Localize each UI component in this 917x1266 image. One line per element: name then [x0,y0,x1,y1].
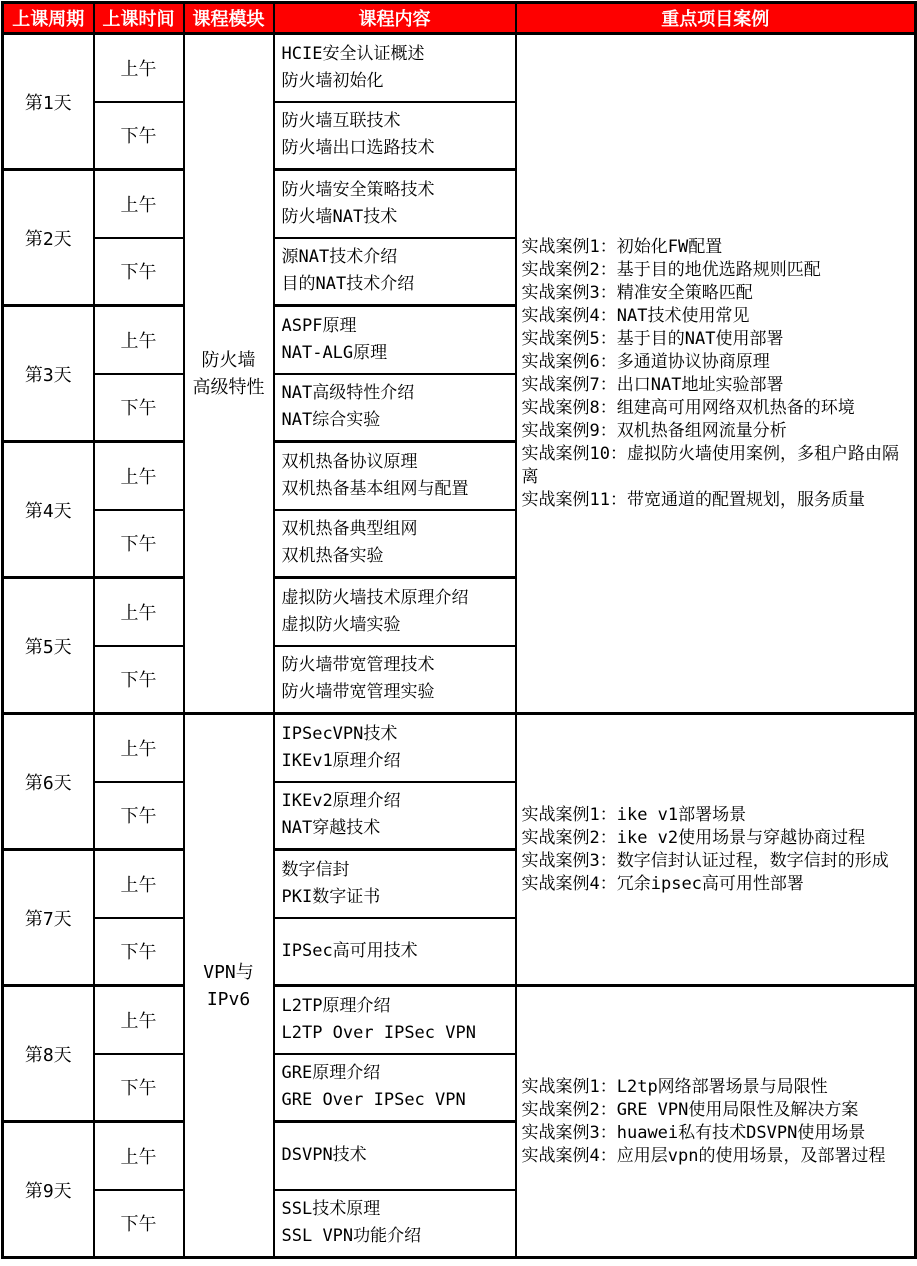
case-item: 实战案例2：基于目的地优选路规则匹配 [522,259,913,282]
case-item: 实战案例6：多通道协议协商原理 [522,351,913,374]
time-cell: 下午 [94,374,184,442]
case-list: 实战案例1：L2tp网络部署场景与局限性 实战案例2：GRE VPN使用局限性及… [522,1076,913,1168]
content-cell: 防火墙带宽管理技术 防火墙带宽管理实验 [274,646,516,714]
time-cell: 上午 [94,442,184,510]
content-cell: IPSecVPN技术 IKEv1原理介绍 [274,714,516,782]
content-cell: 防火墙互联技术 防火墙出口选路技术 [274,102,516,170]
time-cell: 下午 [94,510,184,578]
content-cell: 防火墙安全策略技术 防火墙NAT技术 [274,170,516,238]
cases-cell-group-3: 实战案例1：L2tp网络部署场景与局限性 实战案例2：GRE VPN使用局限性及… [516,986,916,1258]
day-label-8: 第8天 [3,986,94,1122]
table-row: 第1天 上午 防火墙 高级特性 HCIE安全认证概述 防火墙初始化 实战案例1：… [3,34,916,102]
case-item: 实战案例4：NAT技术使用常见 [522,305,913,328]
day-label-7: 第7天 [3,850,94,986]
time-cell: 上午 [94,986,184,1054]
header-cell-content: 课程内容 [274,3,516,34]
case-list: 实战案例1：初始化FW配置 实战案例2：基于目的地优选路规则匹配 实战案例3：精… [522,236,913,512]
module-cell-vpn-ipv6: VPN与 IPv6 [184,714,274,1258]
header-cell-cases: 重点项目案例 [516,3,916,34]
time-cell: 上午 [94,34,184,102]
case-item: 实战案例1：ike v1部署场景 [522,804,913,827]
time-cell: 下午 [94,918,184,986]
content-cell: 双机热备典型组网 双机热备实验 [274,510,516,578]
time-cell: 下午 [94,646,184,714]
content-cell: DSVPN技术 [274,1122,516,1190]
content-cell: ASPF原理 NAT-ALG原理 [274,306,516,374]
time-cell: 下午 [94,238,184,306]
time-cell: 上午 [94,1122,184,1190]
day-label-4: 第4天 [3,442,94,578]
module-cell-firewall: 防火墙 高级特性 [184,34,274,714]
content-cell: NAT高级特性介绍 NAT综合实验 [274,374,516,442]
case-item: 实战案例9：双机热备组网流量分析 [522,420,913,443]
header-cell-time: 上课时间 [94,3,184,34]
day-label-5: 第5天 [3,578,94,714]
content-cell: 双机热备协议原理 双机热备基本组网与配置 [274,442,516,510]
content-cell: 源NAT技术介绍 目的NAT技术介绍 [274,238,516,306]
content-cell: IPSec高可用技术 [274,918,516,986]
case-item: 实战案例5：基于目的NAT使用部署 [522,328,913,351]
time-cell: 上午 [94,578,184,646]
day-label-9: 第9天 [3,1122,94,1258]
case-item: 实战案例11：带宽通道的配置规划，服务质量 [522,489,913,512]
table-row: 第8天 上午 L2TP原理介绍 L2TP Over IPSec VPN 实战案例… [3,986,916,1054]
case-item: 实战案例4：冗余ipsec高可用性部署 [522,873,913,896]
day-label-2: 第2天 [3,170,94,306]
case-item: 实战案例10：虚拟防火墙使用案例，多租户路由隔离 [522,443,913,489]
content-cell: SSL技术原理 SSL VPN功能介绍 [274,1190,516,1258]
case-item: 实战案例8：组建高可用网络双机热备的环境 [522,397,913,420]
case-item: 实战案例3：huawei私有技术DSVPN使用场景 [522,1122,913,1145]
content-cell: HCIE安全认证概述 防火墙初始化 [274,34,516,102]
case-item: 实战案例4：应用层vpn的使用场景，及部署过程 [522,1145,913,1168]
cases-cell-group-1: 实战案例1：初始化FW配置 实战案例2：基于目的地优选路规则匹配 实战案例3：精… [516,34,916,714]
case-item: 实战案例1：L2tp网络部署场景与局限性 [522,1076,913,1099]
time-cell: 下午 [94,1190,184,1258]
day-label-1: 第1天 [3,34,94,170]
content-cell: L2TP原理介绍 L2TP Over IPSec VPN [274,986,516,1054]
day-label-3: 第3天 [3,306,94,442]
case-item: 实战案例1：初始化FW配置 [522,236,913,259]
case-item: 实战案例2：GRE VPN使用局限性及解决方案 [522,1099,913,1122]
table-row: 第6天 上午 VPN与 IPv6 IPSecVPN技术 IKEv1原理介绍 实战… [3,714,916,782]
time-cell: 上午 [94,714,184,782]
header-cell-module: 课程模块 [184,3,274,34]
course-schedule-table: 上课周期 上课时间 课程模块 课程内容 重点项目案例 第1天 上午 防火墙 高级… [1,1,917,1259]
case-item: 实战案例3：数字信封认证过程，数字信封的形成 [522,850,913,873]
time-cell: 上午 [94,170,184,238]
cases-cell-group-2: 实战案例1：ike v1部署场景 实战案例2：ike v2使用场景与穿越协商过程… [516,714,916,986]
header-row: 上课周期 上课时间 课程模块 课程内容 重点项目案例 [3,3,916,34]
time-cell: 上午 [94,850,184,918]
case-item: 实战案例7：出口NAT地址实验部署 [522,374,913,397]
time-cell: 上午 [94,306,184,374]
header-cell-period: 上课周期 [3,3,94,34]
content-cell: GRE原理介绍 GRE Over IPSec VPN [274,1054,516,1122]
case-list: 实战案例1：ike v1部署场景 实战案例2：ike v2使用场景与穿越协商过程… [522,804,913,896]
content-cell: IKEv2原理介绍 NAT穿越技术 [274,782,516,850]
day-label-6: 第6天 [3,714,94,850]
content-cell: 数字信封 PKI数字证书 [274,850,516,918]
time-cell: 下午 [94,102,184,170]
case-item: 实战案例3：精准安全策略匹配 [522,282,913,305]
content-cell: 虚拟防火墙技术原理介绍 虚拟防火墙实验 [274,578,516,646]
case-item: 实战案例2：ike v2使用场景与穿越协商过程 [522,827,913,850]
time-cell: 下午 [94,782,184,850]
time-cell: 下午 [94,1054,184,1122]
course-schedule-page: 上课周期 上课时间 课程模块 课程内容 重点项目案例 第1天 上午 防火墙 高级… [0,0,917,1266]
